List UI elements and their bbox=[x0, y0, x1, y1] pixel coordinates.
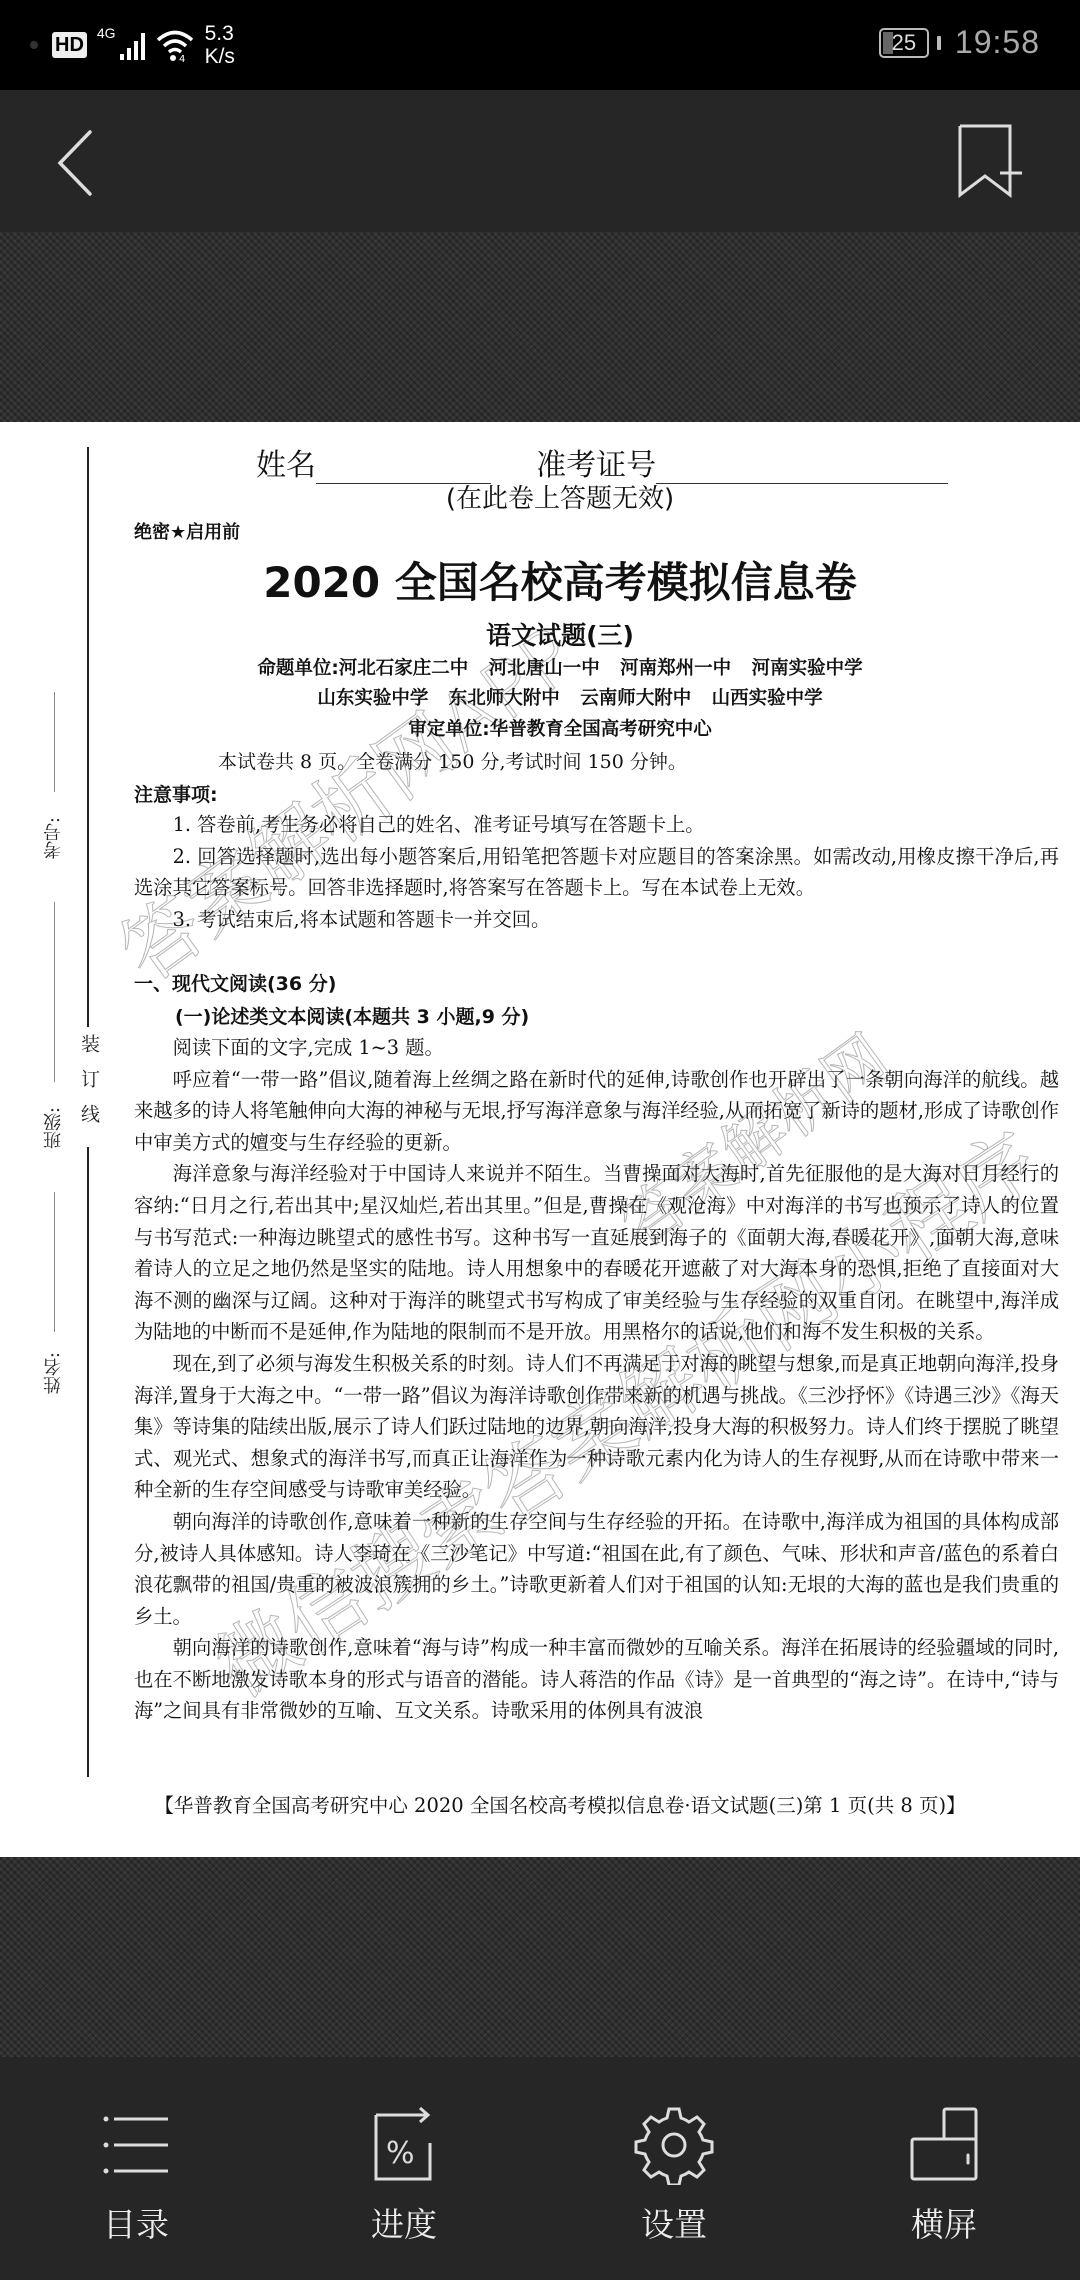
landscape-label: 横屏 bbox=[864, 2199, 1024, 2246]
svg-text:4: 4 bbox=[179, 54, 185, 62]
wifi-icon: 4 bbox=[155, 28, 195, 62]
battery-level: 25 bbox=[892, 30, 916, 56]
svg-text:%: % bbox=[386, 2136, 415, 2171]
passage-paragraph: 海洋意象与海洋经验对于中国诗人来说并不陌生。当曹操面对大海时,首先征服他的是大海… bbox=[134, 1158, 1059, 1348]
authoring-units-line-2: 山东实验中学 东北师大附中 云南师大附中 山西实验中学 bbox=[0, 684, 1080, 710]
margin-class-label: 班级: bbox=[41, 1107, 67, 1149]
toc-label: 目录 bbox=[56, 2199, 216, 2246]
section-heading: 一、现代文阅读(36 分) bbox=[134, 969, 336, 996]
bookmark-add-icon bbox=[950, 120, 1030, 202]
reader-background-top bbox=[0, 232, 1080, 422]
binding-label: 装订线 bbox=[76, 1034, 103, 1139]
class-line bbox=[54, 902, 55, 1082]
reader-background-bottom bbox=[0, 1857, 1080, 2057]
passage-paragraph: 朝向海洋的诗歌创作,意味着一种新的生存空间与生存经验的开拓。在诗歌中,海洋成为祖… bbox=[134, 1506, 1059, 1632]
invalid-note: (在此卷上答题无效) bbox=[0, 478, 1080, 515]
progress-button[interactable]: % 进度 bbox=[324, 2105, 484, 2246]
settings-label: 设置 bbox=[594, 2199, 754, 2246]
toc-button[interactable]: 目录 bbox=[56, 2105, 216, 2246]
gear-icon bbox=[634, 2105, 714, 2185]
settings-button[interactable]: 设置 bbox=[594, 2105, 754, 2246]
margin-name-label: 姓名: bbox=[41, 1352, 67, 1394]
note-item: 2. 回答选择题时,选出每小题答案后,用铅笔把答题卡对应题目的答案涂黑。如需改动… bbox=[134, 841, 1059, 904]
note-item: 1. 答卷前,考生务必将自己的姓名、准考证号填写在答题卡上。 bbox=[134, 809, 1059, 841]
status-bar: HD 4G 4 5.3 K/s 25 19:58 bbox=[0, 0, 1080, 90]
exam-intro: 本试卷共 8 页。全卷满分 150 分,考试时间 150 分钟。 bbox=[218, 747, 687, 774]
secret-label: 绝密★启用前 bbox=[134, 518, 240, 544]
progress-label: 进度 bbox=[324, 2199, 484, 2246]
name-line bbox=[54, 1192, 55, 1332]
bottom-toolbar: 目录 % 进度 设置 横屏 bbox=[0, 2057, 1080, 2280]
exam-subtitle: 语文试题(三) bbox=[0, 616, 1080, 652]
notification-dot bbox=[30, 41, 38, 49]
notes-list: 1. 答卷前,考生务必将自己的姓名、准考证号填写在答题卡上。 2. 回答选择题时… bbox=[134, 809, 1059, 935]
clock: 19:58 bbox=[955, 24, 1040, 61]
add-bookmark-button[interactable] bbox=[950, 120, 1030, 202]
landscape-button[interactable]: 横屏 bbox=[864, 2105, 1024, 2246]
signal-icon bbox=[120, 30, 145, 60]
passage-paragraph: 朝向海洋的诗歌创作,意味着“海与诗”构成一种丰富而微妙的互喻关系。海洋在拓展诗的… bbox=[134, 1632, 1059, 1727]
hd-icon: HD bbox=[52, 32, 87, 58]
top-app-bar bbox=[0, 90, 1080, 232]
speed-unit: K/s bbox=[205, 45, 235, 68]
back-button[interactable] bbox=[40, 120, 110, 202]
notes-title: 注意事项: bbox=[134, 780, 218, 807]
battery-tip bbox=[937, 36, 941, 50]
authoring-units-line-1: 命题单位:河北石家庄二中 河北唐山一中 河南郑州一中 河南实验中学 bbox=[0, 654, 1080, 680]
instruction: 阅读下面的文字,完成 1~3 题。 bbox=[134, 1032, 1059, 1064]
list-icon bbox=[96, 2105, 176, 2185]
network-type: 4G bbox=[97, 25, 116, 41]
passage-paragraph: 呼应着“一带一路”倡议,随着海上丝绸之路在新时代的延伸,诗歌创作也开辟出了一条朝… bbox=[134, 1064, 1059, 1159]
exam-title: 2020 全国名校高考模拟信息卷 bbox=[0, 550, 1080, 610]
chevron-left-icon bbox=[40, 120, 110, 202]
battery-icon: 25 bbox=[879, 28, 929, 58]
rotate-screen-icon bbox=[904, 2105, 984, 2185]
note-item: 3. 考试结束后,将本试题和答题卡一并交回。 bbox=[134, 904, 1059, 936]
subsection-heading: (一)论述类文本阅读(本题共 3 小题,9 分) bbox=[175, 1002, 529, 1029]
progress-icon: % bbox=[364, 2105, 444, 2185]
margin-exam-no-label: 考号: bbox=[41, 817, 67, 859]
speed-value: 5.3 bbox=[205, 22, 234, 45]
network-speed: 5.3 K/s bbox=[205, 22, 235, 68]
review-unit: 审定单位:华普教育全国高考研究中心 bbox=[0, 715, 1080, 741]
document-page[interactable]: 装订线 考号: 班级: 姓名: 姓名 准考证号 (在此卷上答题无效) 绝密★启用… bbox=[0, 422, 1080, 1857]
reading-passage: 阅读下面的文字,完成 1~3 题。 呼应着“一带一路”倡议,随着海上丝绸之路在新… bbox=[134, 1032, 1059, 1727]
page-footer: 【华普教育全国高考研究中心 2020 全国名校高考模拟信息卷·语文试题(三)第 … bbox=[0, 1790, 1080, 1818]
passage-paragraph: 现在,到了必须与海发生积极关系的时刻。诗人们不再满足于对海的眺望与想象,而是真正… bbox=[134, 1348, 1059, 1506]
